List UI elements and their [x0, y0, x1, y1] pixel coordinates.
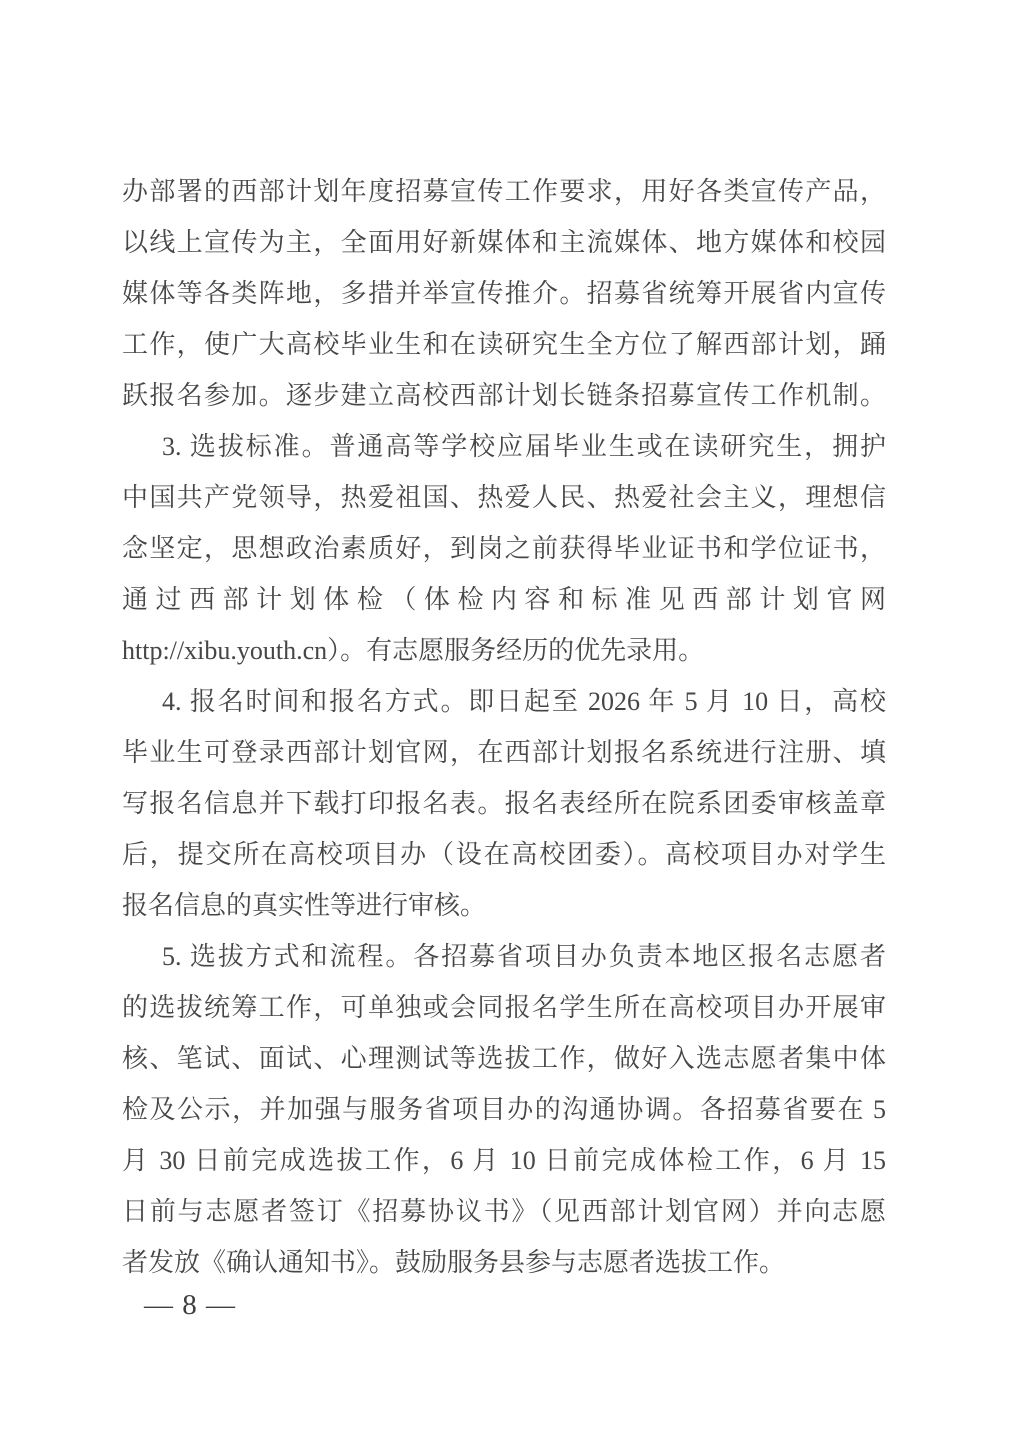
body-line: 毕业生可登录西部计划官网，在西部计划报名系统进行注册、填 — [122, 727, 886, 778]
page-number: — 8 — — [144, 1288, 236, 1322]
scanned-document-page: 办部署的西部计划年度招募宣传工作要求，用好各类宣传产品， 以线上宣传为主，全面用… — [0, 0, 1024, 1448]
body-line: 核、笔试、面试、心理测试等选拔工作，做好入选志愿者集中体 — [122, 1033, 886, 1084]
body-line: 媒体等各类阵地，多措并举宣传推介。招募省统筹开展省内宣传 — [122, 268, 886, 319]
body-line: 工作，使广大高校毕业生和在读研究生全方位了解西部计划，踊 — [122, 319, 886, 370]
body-line: 念坚定，思想政治素质好，到岗之前获得毕业证书和学位证书， — [122, 523, 886, 574]
body-line-section-3: 3. 选拔标准。普通高等学校应届毕业生或在读研究生，拥护 — [122, 421, 886, 472]
body-line: 办部署的西部计划年度招募宣传工作要求，用好各类宣传产品， — [122, 166, 886, 217]
body-line-section-4: 4. 报名时间和报名方式。即日起至 2026 年 5 月 10 日，高校 — [122, 676, 886, 727]
body-line-with-url: http://xibu.youth.cn）。有志愿服务经历的优先录用。 — [122, 625, 886, 676]
body-line: 以线上宣传为主，全面用好新媒体和主流媒体、地方媒体和校园 — [122, 217, 886, 268]
body-line: 者发放《确认通知书》。鼓励服务县参与志愿者选拔工作。 — [122, 1237, 886, 1288]
body-line: 日前与志愿者签订《招募协议书》（见西部计划官网）并向志愿 — [122, 1186, 886, 1237]
body-line: 跃报名参加。逐步建立高校西部计划长链条招募宣传工作机制。 — [122, 370, 886, 421]
body-line: 检及公示，并加强与服务省项目办的沟通协调。各招募省要在 5 — [122, 1084, 886, 1135]
body-line: 写报名信息并下载打印报名表。报名表经所在院系团委审核盖章 — [122, 778, 886, 829]
body-line: 报名信息的真实性等进行审核。 — [122, 880, 886, 931]
document-body: 办部署的西部计划年度招募宣传工作要求，用好各类宣传产品， 以线上宣传为主，全面用… — [122, 166, 886, 1288]
body-line: 后，提交所在高校项目办（设在高校团委）。高校项目办对学生 — [122, 829, 886, 880]
body-line: 通过西部计划体检（体检内容和标准见西部计划官网 — [122, 574, 886, 625]
body-line: 的选拔统筹工作，可单独或会同报名学生所在高校项目办开展审 — [122, 982, 886, 1033]
body-line: 月 30 日前完成选拔工作，6 月 10 日前完成体检工作，6 月 15 — [122, 1135, 886, 1186]
body-line-section-5: 5. 选拔方式和流程。各招募省项目办负责本地区报名志愿者 — [122, 931, 886, 982]
body-line: 中国共产党领导，热爱祖国、热爱人民、热爱社会主义，理想信 — [122, 472, 886, 523]
